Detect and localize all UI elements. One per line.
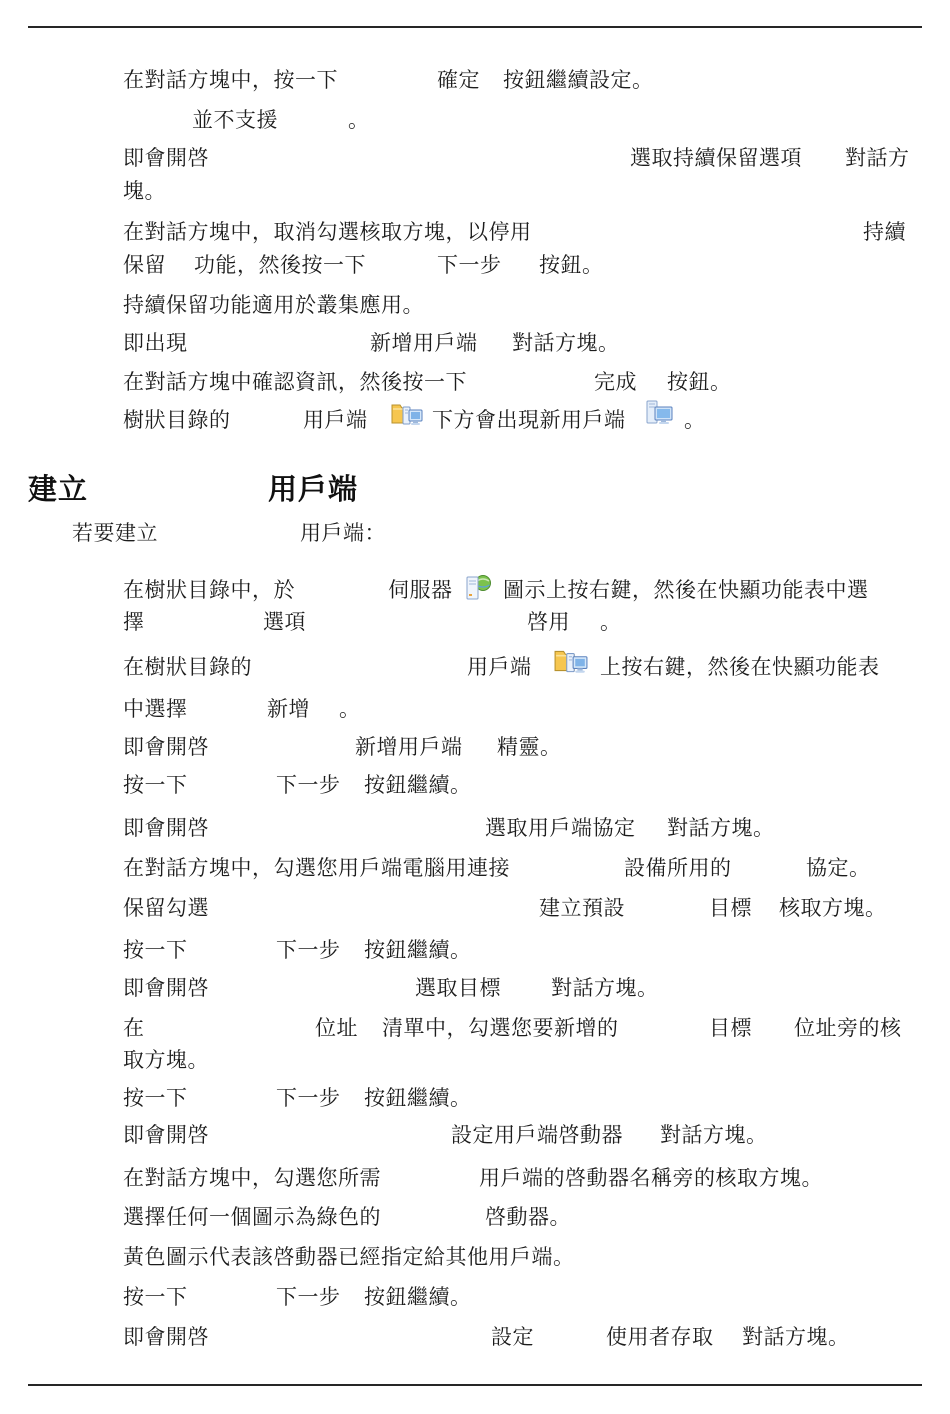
step-text: 位址旁的核 [794,1016,902,1042]
dialog-name: 設定 [491,1325,534,1351]
intro-text: 若要建立 [72,521,158,547]
feature-name: 持續 [863,220,906,246]
document-page: 在對話方塊中，按一下 確定 按鈕繼續設定。 並不支援 。 即會開啓 選取持續保留… [0,0,950,1414]
tree-node-name: 用戶端 [467,655,532,681]
step-text: 上按右鍵，然後在快顯功能表 [600,655,880,681]
dialog-name: 新增用戶端 [370,331,478,357]
note-text: 。 [348,108,370,134]
tree-node-name: 用戶端 [303,408,368,434]
step-text: 取方塊。 [123,1048,209,1074]
step-text: 精靈。 [497,735,562,761]
step-text: 圖示上按右鍵，然後在快顯功能表中選 [503,578,869,604]
step-text: 選擇任何一個圖示為綠色的 [123,1205,381,1231]
dialog-name: 選取持續保留選項 [630,146,802,172]
checkbox-name: 建立預設 [539,896,625,922]
step-text: 對話方塊。 [551,976,659,1002]
ui-label-next: 下一步 [276,1285,341,1311]
step-text: 按鈕繼續。 [364,773,472,799]
step-text: 對話方 [845,146,910,172]
step-text: 在 [123,1016,145,1042]
step-text: 。 [684,408,706,434]
client-computer-icon [644,398,678,435]
step-text: 在對話方塊中，按一下 [123,68,338,94]
step-text: 在樹狀目錄中，於 [123,578,295,604]
step-text: 即會開啓 [123,976,209,1002]
step-text: 在樹狀目錄的 [123,655,252,681]
step-text: 即會開啓 [123,1123,209,1149]
server-icon [464,574,492,607]
top-rule [28,26,922,28]
step-text: 中選擇 [123,697,188,723]
list-name: 位址 [315,1016,358,1042]
step-text: 協定。 [806,856,871,882]
ui-label-ok: 確定 [437,68,480,94]
step-text: 即會開啓 [123,816,209,842]
step-text: 對話方塊。 [512,331,620,357]
step-text: 用戶端的啓動器名稱旁的核取方塊。 [479,1166,823,1192]
step-text: 樹狀目錄的 [123,408,231,434]
step-text: 按鈕繼續。 [364,1086,472,1112]
step-text: 對話方塊。 [667,816,775,842]
step-text: 下方會出現新用戶端 [432,408,626,434]
ui-label-next: 下一步 [276,1086,341,1112]
menu-item-name: 選項 [263,610,306,636]
step-text: 目標 [709,1016,752,1042]
step-text: 按鈕繼續設定。 [503,68,654,94]
note-text: 持續保留功能適用於叢集應用。 [123,293,424,319]
step-text: 。 [339,697,361,723]
dialog-name: 使用者存取 [606,1325,714,1351]
step-text: 按鈕繼續。 [364,938,472,964]
ui-label-finish: 完成 [594,370,637,396]
step-text: 按鈕。 [667,370,732,396]
dialog-name: 選取用戶端協定 [485,816,636,842]
step-text: 按一下 [123,938,188,964]
step-text: 即出現 [123,331,188,357]
step-text: 塊。 [123,179,166,205]
step-text: 設備所用的 [624,856,732,882]
step-text: 對話方塊。 [742,1325,850,1351]
ui-label-next: 下一步 [437,253,502,279]
step-text: 在對話方塊中，取消勾選核取方塊，以停用 [123,220,532,246]
checkbox-name: 目標 [709,896,752,922]
wizard-name: 新增用戶端 [355,735,463,761]
section-title-part1: 建立 [28,474,88,506]
step-text: 按一下 [123,1086,188,1112]
dialog-name: 選取目標 [415,976,501,1002]
step-text: 保留勾選 [123,896,209,922]
step-text: 啓動器。 [485,1205,571,1231]
step-text: 對話方塊。 [660,1123,768,1149]
step-text: 按一下 [123,773,188,799]
ui-label-next: 下一步 [276,773,341,799]
step-text: 按鈕。 [539,253,604,279]
clients-folder-icon [552,644,590,683]
step-text: 即會開啓 [123,735,209,761]
step-text: 清單中，勾選您要新增的 [382,1016,619,1042]
feature-name: 保留 [123,253,166,279]
step-text: 核取方塊。 [779,896,887,922]
step-text: 。 [600,610,622,636]
dialog-name: 設定用戶端啓動器 [451,1123,623,1149]
note-text: 並不支援 [192,108,278,134]
menu-item-name: 啓用 [527,610,570,636]
ui-label-next: 下一步 [276,938,341,964]
section-title-part2: 用戶端 [268,474,358,506]
step-text: 即會開啓 [123,1325,209,1351]
step-text: 在對話方塊中，勾選您用戶端電腦用連接 [123,856,510,882]
step-text: 按一下 [123,1285,188,1311]
step-text: 按鈕繼續。 [364,1285,472,1311]
step-text: 擇 [123,610,145,636]
note-text: 黃色圖示代表該啓動器已經指定給其他用戶端。 [123,1245,575,1271]
menu-item-name: 新增 [267,697,310,723]
step-text: 在對話方塊中確認資訊，然後按一下 [123,370,467,396]
step-text: 即會開啓 [123,146,209,172]
tree-node-name: 伺服器 [388,578,453,604]
intro-text: 用戶端： [300,521,386,547]
step-text: 功能，然後按一下 [194,253,366,279]
bottom-rule [28,1384,922,1386]
clients-folder-icon [390,398,424,435]
step-text: 在對話方塊中，勾選您所需 [123,1166,381,1192]
